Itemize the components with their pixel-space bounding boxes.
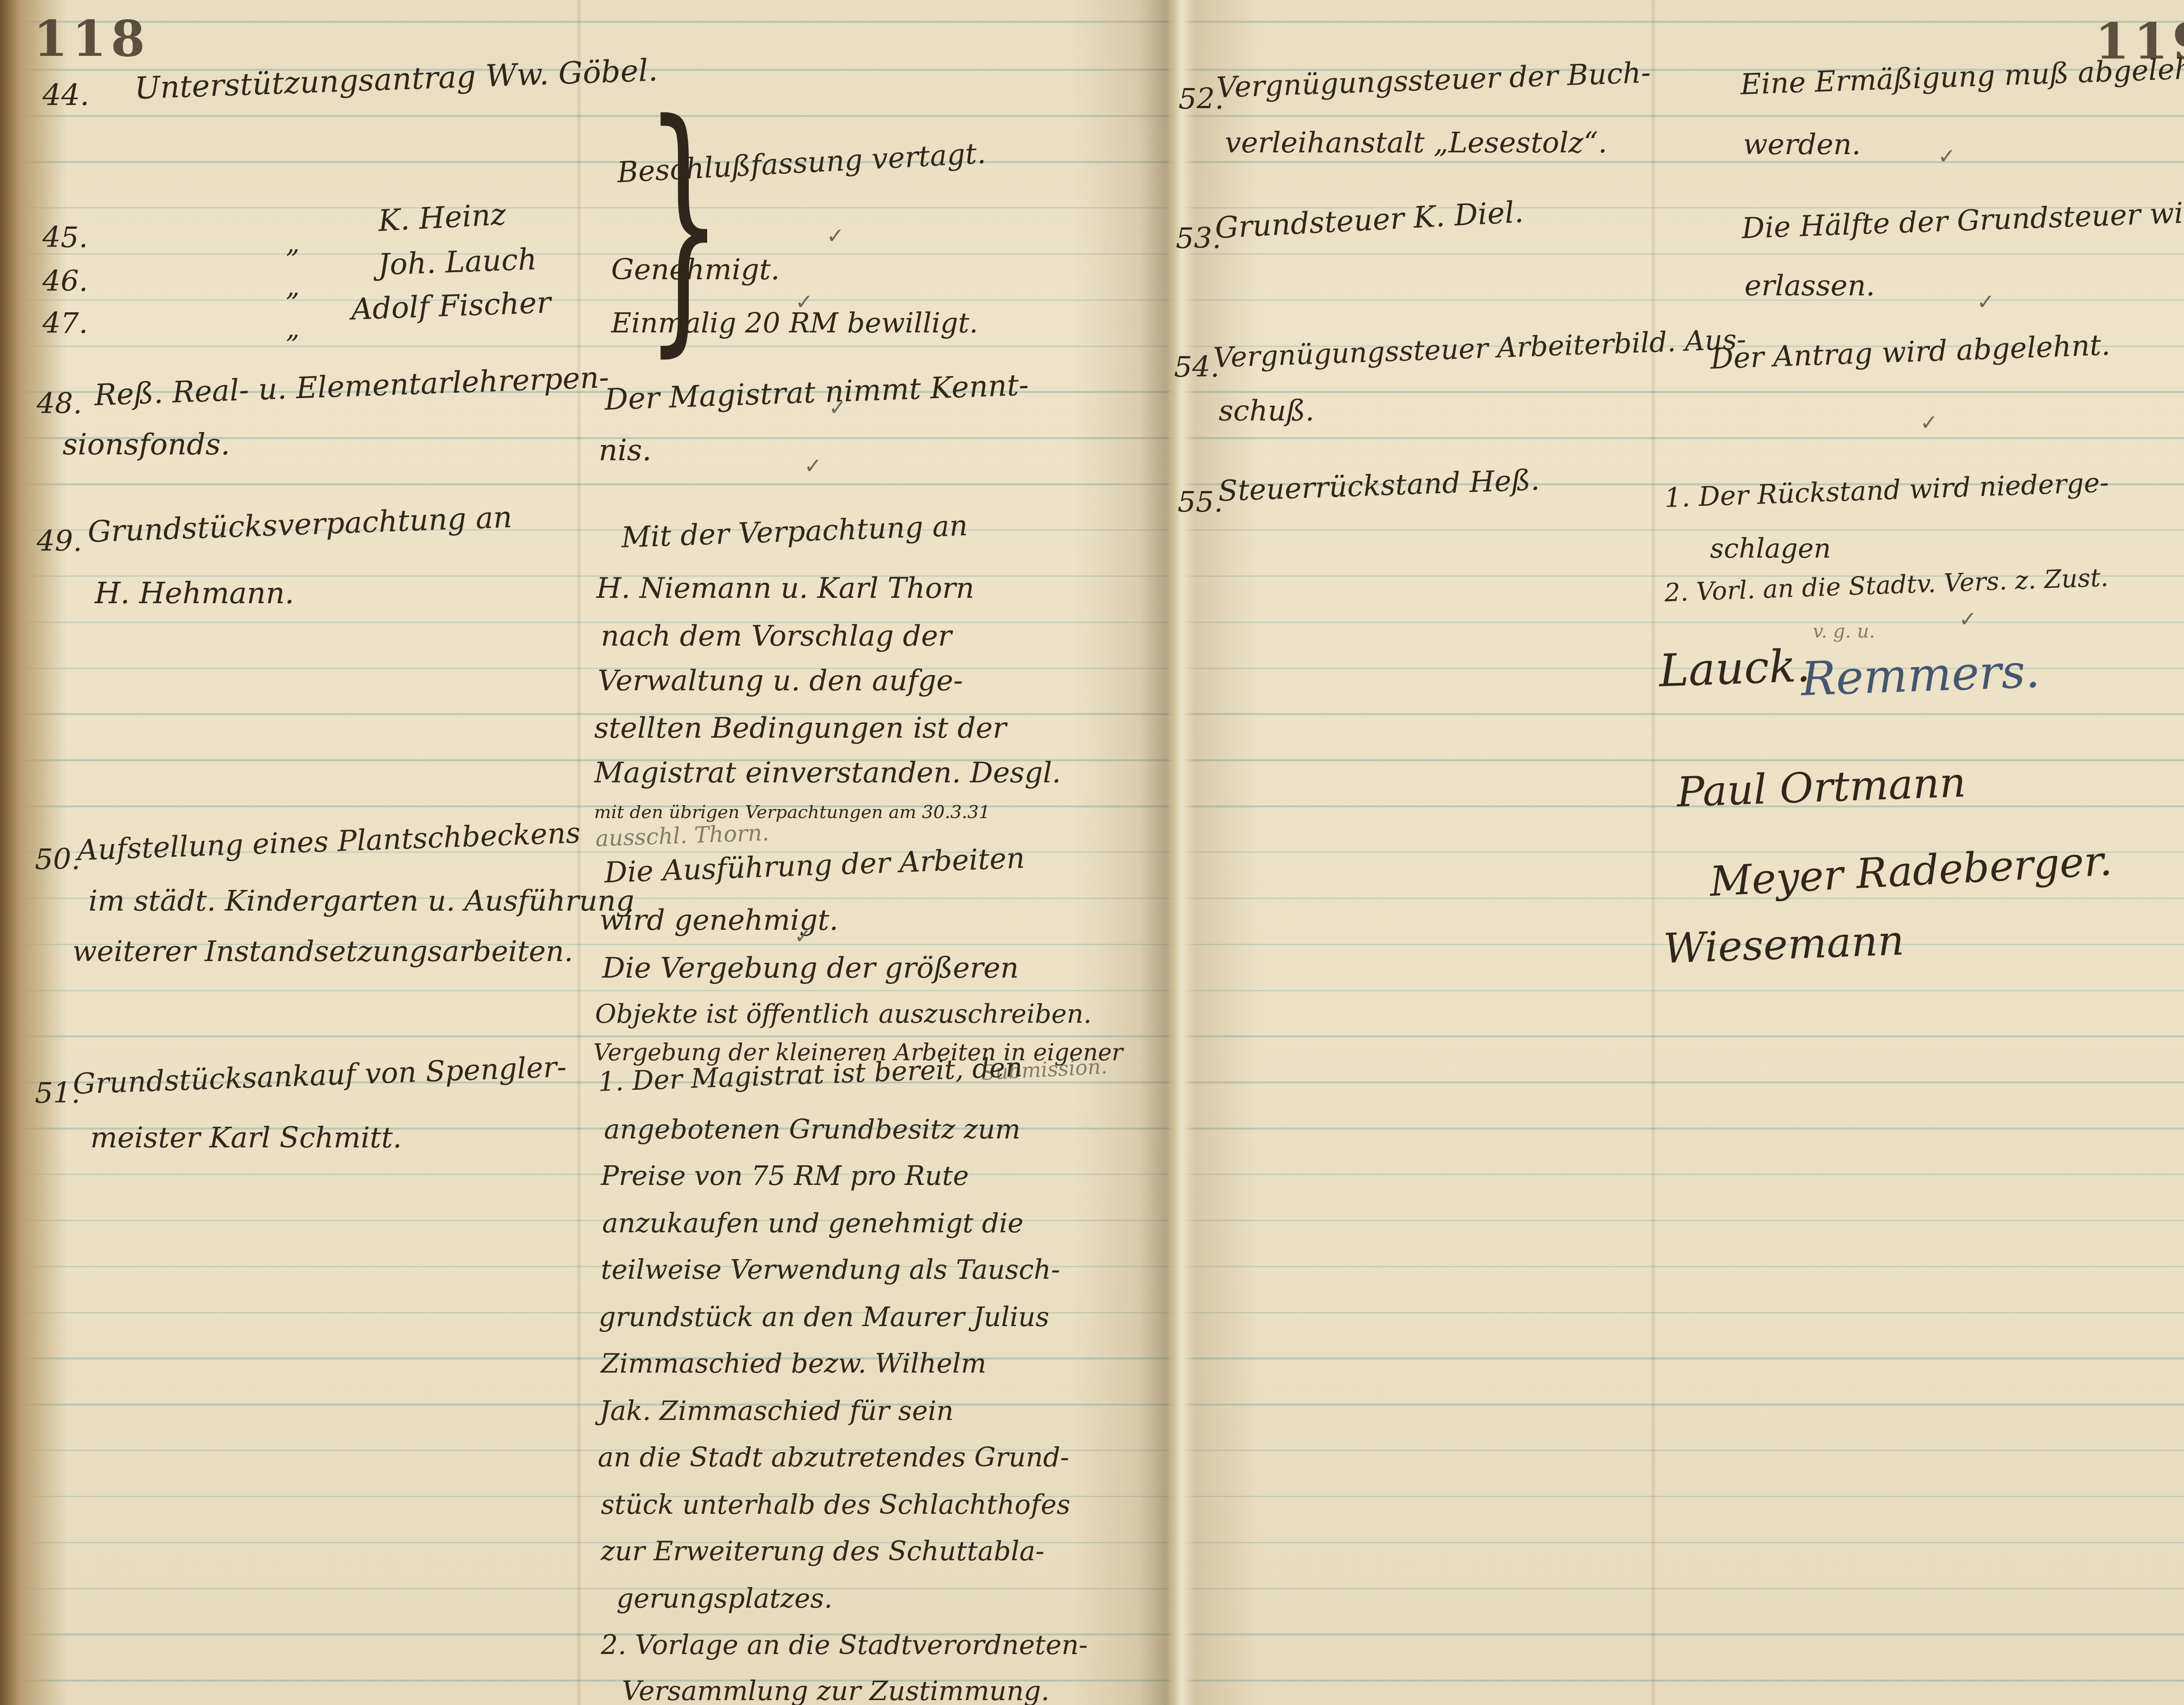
resolution-48-line-2: nis. xyxy=(599,436,651,465)
entry-47-number: 47. xyxy=(42,309,88,338)
checkmark-icon: ✓ xyxy=(826,223,844,248)
resolution-51-line-12: gerungsplatzes. xyxy=(616,1585,833,1612)
resolution-52-line-2: werden. xyxy=(1743,130,1861,159)
resolution-51-line-8: Jak. Zimmaschied für sein xyxy=(599,1398,954,1424)
resolution-51-line-10: stück unterhalb des Schlachthofes xyxy=(601,1491,1070,1518)
entry-50-line-3: weiterer Instandsetzungsarbeiten. xyxy=(72,937,573,966)
resolution-51-line-3: Preise von 75 RM pro Rute xyxy=(601,1163,969,1189)
entry-48-line-2: sionsfonds. xyxy=(63,430,230,459)
ditto-mark-47: „ xyxy=(286,315,300,342)
checkmark-icon: ✓ xyxy=(1977,290,1995,315)
resolution-49-pencil-note: ausschl. Thorn. xyxy=(595,821,769,850)
entry-50-line-2: im städt. Kindergarten u. Ausführung xyxy=(88,887,634,915)
checkmark-icon: ✓ xyxy=(1959,607,1977,632)
signature-2: Remmers. xyxy=(1800,647,2041,702)
resolution-51-line-14: Versammlung zur Zustimmung. xyxy=(622,1678,1049,1705)
entry-48-number: 48. xyxy=(37,390,82,418)
entry-54-line-2: schuß. xyxy=(1219,397,1314,425)
checkmark-icon: ✓ xyxy=(1938,144,1956,169)
resolution-46: Genehmigt. xyxy=(611,256,780,284)
resolution-50-line-3: Die Vergebung der größeren xyxy=(602,954,1019,983)
signature-3: Paul Ortmann xyxy=(1676,762,1966,813)
ditto-mark-46: „ xyxy=(286,273,300,300)
resolution-49-line-5: stellten Bedingungen ist der xyxy=(594,714,1006,743)
entry-45-name: K. Heinz xyxy=(377,200,507,236)
checkmark-icon: ✓ xyxy=(794,924,812,948)
entry-46-number: 46. xyxy=(42,267,88,296)
page-crease-left xyxy=(576,0,582,1705)
ditto-mark-45: „ xyxy=(286,230,300,257)
entry-47-name: Adolf Fischer xyxy=(351,288,551,324)
resolution-49-line-4: Verwaltung u. den aufge- xyxy=(598,667,963,695)
resolution-50-line-4: Objekte ist öffentlich auszuschreiben. xyxy=(595,1001,1092,1027)
resolution-51-line-13: 2. Vorlage an die Stadtverordneten- xyxy=(601,1632,1088,1659)
entry-52-line-2: verleihanstalt „Lesestolz“. xyxy=(1225,129,1607,157)
signature-5: Wiesemann xyxy=(1663,920,1905,970)
entry-45-number: 45. xyxy=(42,223,88,252)
book-gutter-shadow xyxy=(1072,0,1260,1705)
resolution-51-line-4: anzukaufen und genehmigt die xyxy=(602,1210,1023,1237)
entry-55-number: 55. xyxy=(1178,488,1223,517)
checkmark-icon: ✓ xyxy=(804,454,822,479)
page-number-left: 118 xyxy=(34,10,150,67)
resolution-47: Einmalig 20 RM bewilligt. xyxy=(611,309,978,337)
resolution-53-line-2: erlassen. xyxy=(1744,272,1875,300)
resolution-49-line-2: H. Niemann u. Karl Thorn xyxy=(596,574,974,603)
entry-49-number: 49. xyxy=(37,527,82,556)
entry-53-number: 53. xyxy=(1176,224,1221,253)
entry-51-line-2: meister Karl Schmitt. xyxy=(90,1124,402,1152)
page-crease-right xyxy=(1651,0,1656,1705)
resolution-51-line-7: Zimmaschied bezw. Wilhelm xyxy=(601,1350,986,1377)
resolution-55-line-2: schlagen xyxy=(1710,535,1831,562)
entry-54-number: 54. xyxy=(1174,353,1220,382)
entry-49-line-2: H. Hehmann. xyxy=(95,579,294,608)
resolution-49-line-6: Magistrat einverstanden. Desgl. xyxy=(594,759,1061,787)
entry-44-number: 44. xyxy=(42,80,89,110)
checkmark-icon: ✓ xyxy=(1920,410,1938,435)
resolution-51-line-5: teilweise Verwendung als Tausch- xyxy=(601,1256,1060,1283)
resolution-51-line-6: grundstück an den Maurer Julius xyxy=(599,1304,1049,1331)
resolution-49-line-3: nach dem Vorschlag der xyxy=(601,622,952,651)
resolution-49-inserted-line: mit den übrigen Verpachtungen am 30.3.31 xyxy=(594,803,990,821)
entry-46-name: Joh. Lauch xyxy=(377,245,537,280)
resolution-51-line-11: zur Erweiterung des Schuttabla- xyxy=(601,1538,1044,1565)
resolution-51-line-9: an die Stadt abzutretendes Grund- xyxy=(598,1444,1069,1471)
vgu-abbreviation: v. g. u. xyxy=(1813,622,1875,641)
entry-50-number: 50. xyxy=(35,845,80,874)
signature-1: Lauck. xyxy=(1658,643,1811,693)
resolution-51-line-2: angebotenen Grundbesitz zum xyxy=(604,1116,1021,1143)
